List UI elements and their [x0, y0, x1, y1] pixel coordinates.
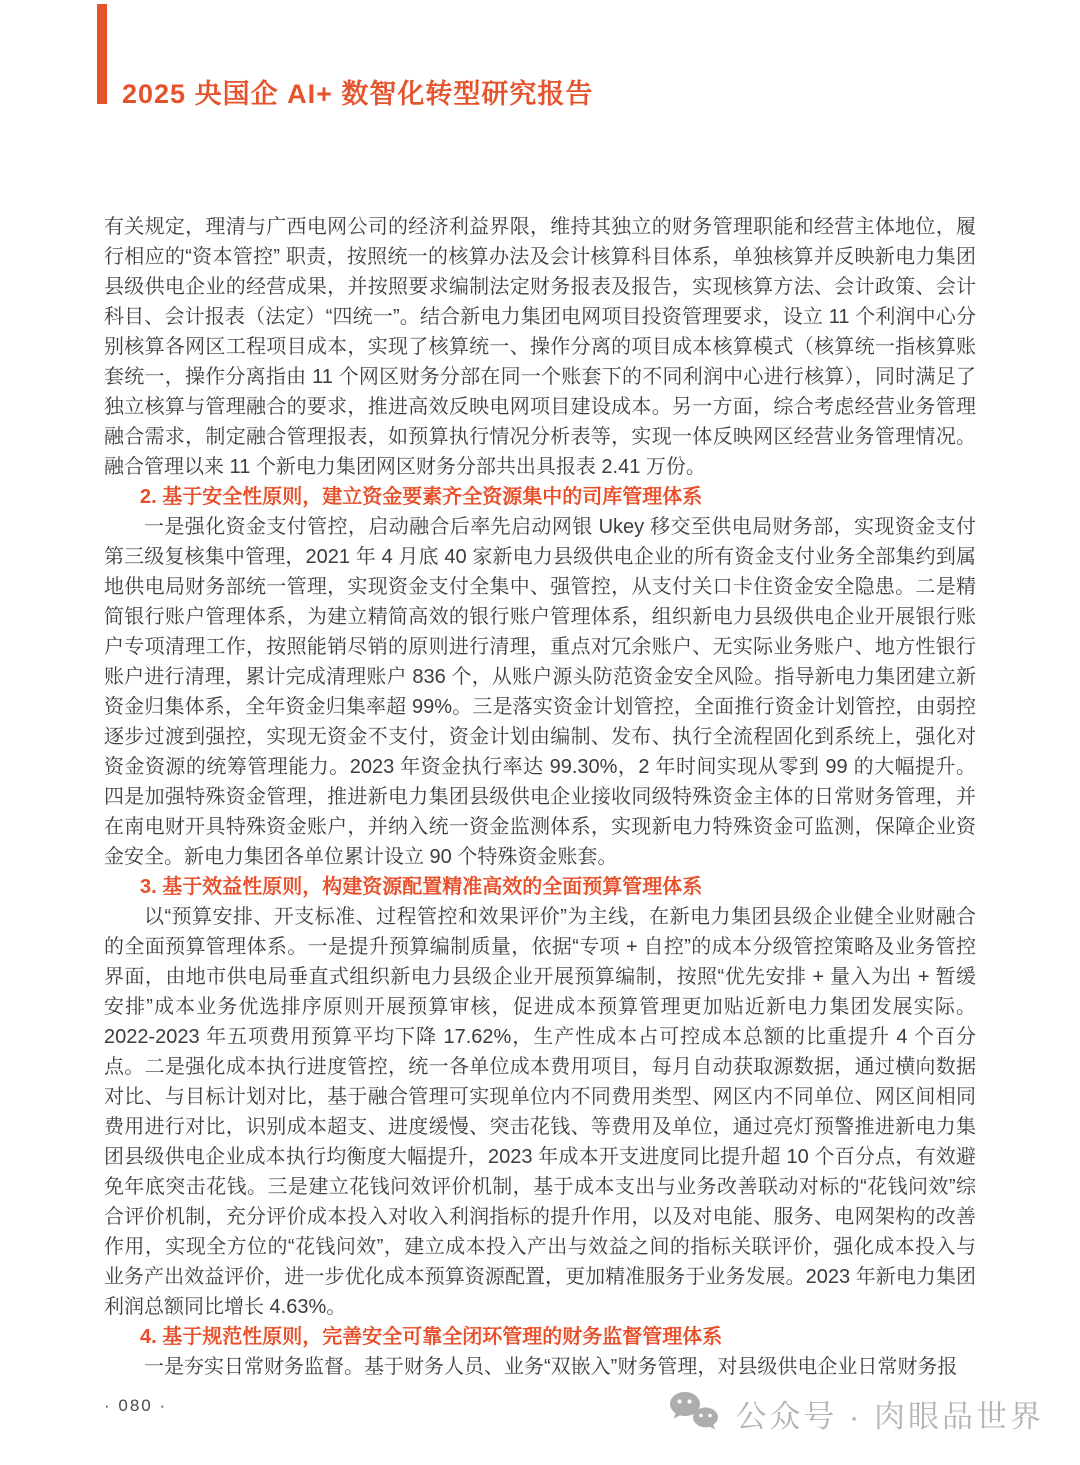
wechat-icon	[667, 1390, 719, 1436]
section-heading-2-treasury: 2. 基于安全性原则，建立资金要素齐全资源集中的司库管理体系	[104, 482, 976, 512]
content-area: 有关规定，理清与广西电网公司的经济利益界限，维持其独立的财务管理职能和经营主体地…	[104, 212, 976, 1382]
watermark-text: 公众号 · 肉眼品世界	[735, 1391, 1044, 1436]
paragraph-treasury-management: 一是强化资金支付管控，启动融合后率先启动网银 Ukey 移交至供电局财务部，实现…	[104, 512, 976, 872]
page-number: · 080 ·	[104, 1396, 167, 1416]
paragraph-budget-management: 以“预算安排、开支标准、过程管控和效果评价”为主线，在新电力集团县级企业健全业财…	[104, 902, 976, 1322]
report-title: 2025 央国企 AI+ 数智化转型研究报告	[122, 72, 593, 111]
watermark: 公众号 · 肉眼品世界	[667, 1390, 1044, 1436]
section-heading-3-budget: 3. 基于效益性原则，构建资源配置精准高效的全面预算管理体系	[104, 872, 976, 902]
paragraph-financial-supervision: 一是夯实日常财务监督。基于财务人员、业务“双嵌入”财务管理，对县级供电企业日常财…	[104, 1352, 976, 1382]
report-page: 2025 央国企 AI+ 数智化转型研究报告 有关规定，理清与广西电网公司的经济…	[0, 0, 1080, 1465]
header-accent-bar	[97, 4, 107, 104]
paragraph-accounting-system: 有关规定，理清与广西电网公司的经济利益界限，维持其独立的财务管理职能和经营主体地…	[104, 212, 976, 482]
section-heading-4-supervision: 4. 基于规范性原则，完善安全可靠全闭环管理的财务监督管理体系	[104, 1322, 976, 1352]
